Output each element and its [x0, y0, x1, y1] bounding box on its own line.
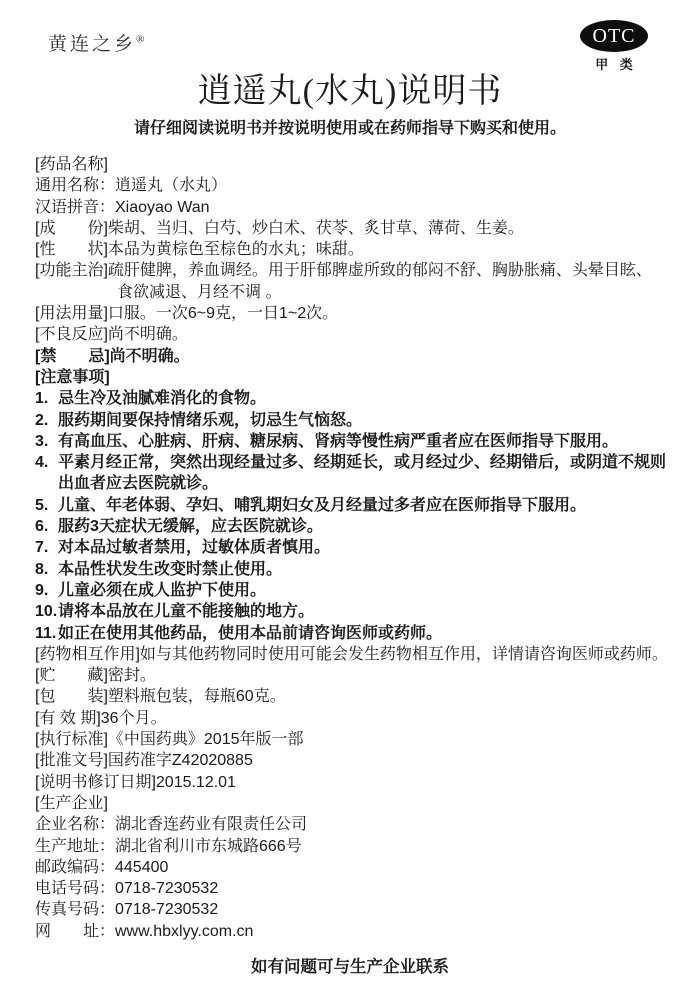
- brand-logo-text: 黄连之乡: [48, 34, 136, 55]
- drug-leaflet-page: 黄连之乡® OTC 甲 类 逍遥丸(水丸)说明书 请仔细阅读说明书并按说明使用或…: [0, 0, 700, 998]
- precaution-number: 5.: [35, 495, 58, 516]
- precaution-number: 7.: [35, 537, 58, 558]
- field-validity-period: [有 效 期]36个月。: [35, 708, 672, 729]
- field-address: 生产地址：湖北省利川市东城路666号: [35, 836, 672, 857]
- registered-trademark-symbol: ®: [136, 34, 144, 46]
- otc-oval-icon: OTC: [580, 20, 648, 52]
- otc-class-label: 甲 类: [591, 54, 637, 73]
- field-postal-code: 邮政编码：445400: [35, 857, 672, 878]
- precaution-text: 如正在使用其他药品，使用本品前请咨询医师或药师。: [58, 623, 442, 644]
- field-dosage: [用法用量]口服。一次6~9克，一日1~2次。: [35, 303, 672, 324]
- precaution-item: 4. 平素月经正常，突然出现经量过多、经期延长，或月经过少、经期错后，或阴道不规…: [35, 452, 672, 495]
- precaution-item: 3. 有高血压、心脏病、肝病、糖尿病、肾病等慢性病严重者应在医师指导下服用。: [35, 431, 672, 452]
- precaution-number: 3.: [35, 431, 58, 452]
- brand-logo: 黄连之乡®: [48, 20, 144, 56]
- precaution-text: 请将本品放在儿童不能接触的地方。: [58, 601, 314, 622]
- otc-badge: OTC 甲 类: [580, 20, 648, 73]
- field-approval-number: [批准文号]国药准字Z42020885: [35, 750, 672, 771]
- precaution-item: 11. 如正在使用其他药品，使用本品前请咨询医师或药师。: [35, 623, 672, 644]
- field-precautions-header: [注意事项]: [35, 367, 672, 388]
- precaution-item: 7. 对本品过敏者禁用，过敏体质者慎用。: [35, 537, 672, 558]
- read-instructions-warning: 请仔细阅读说明书并按说明使用或在药师指导下购买和使用。: [0, 119, 700, 139]
- field-fax: 传真号码：0718-7230532: [35, 899, 672, 920]
- precaution-item: 5. 儿童、年老体弱、孕妇、哺乳期妇女及月经量过多者应在医师指导下服用。: [35, 495, 672, 516]
- otc-label: OTC: [593, 25, 636, 48]
- header: 黄连之乡® OTC 甲 类: [0, 0, 700, 68]
- precaution-number: 6.: [35, 516, 58, 537]
- precaution-text: 平素月经正常，突然出现经量过多、经期延长，或月经过少、经期错后，或阴道不规则 出…: [58, 452, 666, 495]
- precaution-item: 2. 服药期间要保持情绪乐观，切忌生气恼怒。: [35, 410, 672, 431]
- field-revision-date: [说明书修订日期]2015.12.01: [35, 772, 672, 793]
- precaution-text: 本品性状发生改变时禁止使用。: [58, 559, 282, 580]
- precaution-text: 服药期间要保持情绪乐观，切忌生气恼怒。: [58, 410, 362, 431]
- field-adverse-reactions: [不良反应]尚不明确。: [35, 324, 672, 345]
- precaution-text: 有高血压、心脏病、肝病、糖尿病、肾病等慢性病严重者应在医师指导下服用。: [58, 431, 618, 452]
- precaution-item: 9. 儿童必须在成人监护下使用。: [35, 580, 672, 601]
- precaution-number: 2.: [35, 410, 58, 431]
- precaution-text: 儿童必须在成人监护下使用。: [58, 580, 266, 601]
- field-drug-name-header: [药品名称]: [35, 154, 672, 175]
- field-manufacturer-header: [生产企业]: [35, 793, 672, 814]
- precaution-number: 8.: [35, 559, 58, 580]
- contact-note: 如有问题可与生产企业联系: [0, 953, 700, 977]
- precaution-text: 儿童、年老体弱、孕妇、哺乳期妇女及月经量过多者应在医师指导下服用。: [58, 495, 586, 516]
- precaution-text: 对本品过敏者禁用，过敏体质者慎用。: [58, 537, 330, 558]
- field-executive-standard: [执行标准]《中国药典》2015年版一部: [35, 729, 672, 750]
- field-drug-interactions: [药物相互作用]如与其他药物同时使用可能会发生药物相互作用，详情请咨询医师或药师…: [35, 644, 672, 665]
- field-packaging: [包 装]塑料瓶包装，每瓶60克。: [35, 686, 672, 707]
- field-functions-indications: [功能主治]疏肝健脾，养血调经。用于肝郁脾虚所致的郁闷不舒、胸胁胀痛、头晕目眩、…: [35, 260, 672, 303]
- field-properties: [性 状]本品为黄棕色至棕色的水丸；味甜。: [35, 239, 672, 260]
- precaution-number: 1.: [35, 388, 58, 409]
- field-pinyin: 汉语拼音：Xiaoyao Wan: [35, 197, 672, 218]
- precaution-number: 9.: [35, 580, 58, 601]
- field-ingredients: [成 份]柴胡、当归、白芍、炒白术、茯苓、炙甘草、薄荷、生姜。: [35, 218, 672, 239]
- precaution-item: 10. 请将本品放在儿童不能接触的地方。: [35, 601, 672, 622]
- field-company-name: 企业名称：湖北香连药业有限责任公司: [35, 814, 672, 835]
- field-storage: [贮 藏]密封。: [35, 665, 672, 686]
- precaution-item: 1. 忌生冷及油腻难消化的食物。: [35, 388, 672, 409]
- precaution-number: 11.: [35, 623, 58, 644]
- page-title: 逍遥丸(水丸)说明书: [0, 70, 700, 114]
- leaflet-body: [药品名称] 通用名称：逍遥丸（水丸） 汉语拼音：Xiaoyao Wan [成 …: [35, 154, 672, 942]
- precaution-number: 4.: [35, 452, 58, 495]
- precaution-item: 6. 服药3天症状无缓解，应去医院就诊。: [35, 516, 672, 537]
- precaution-text: 忌生冷及油腻难消化的食物。: [58, 388, 266, 409]
- precaution-item: 8. 本品性状发生改变时禁止使用。: [35, 559, 672, 580]
- precaution-text: 服药3天症状无缓解，应去医院就诊。: [58, 516, 323, 537]
- field-phone: 电话号码：0718-7230532: [35, 878, 672, 899]
- field-generic-name: 通用名称：逍遥丸（水丸）: [35, 175, 672, 196]
- precaution-number: 10.: [35, 601, 58, 622]
- field-contraindications: [禁 忌]尚不明确。: [35, 346, 672, 367]
- field-website: 网 址：www.hbxlyy.com.cn: [35, 921, 672, 942]
